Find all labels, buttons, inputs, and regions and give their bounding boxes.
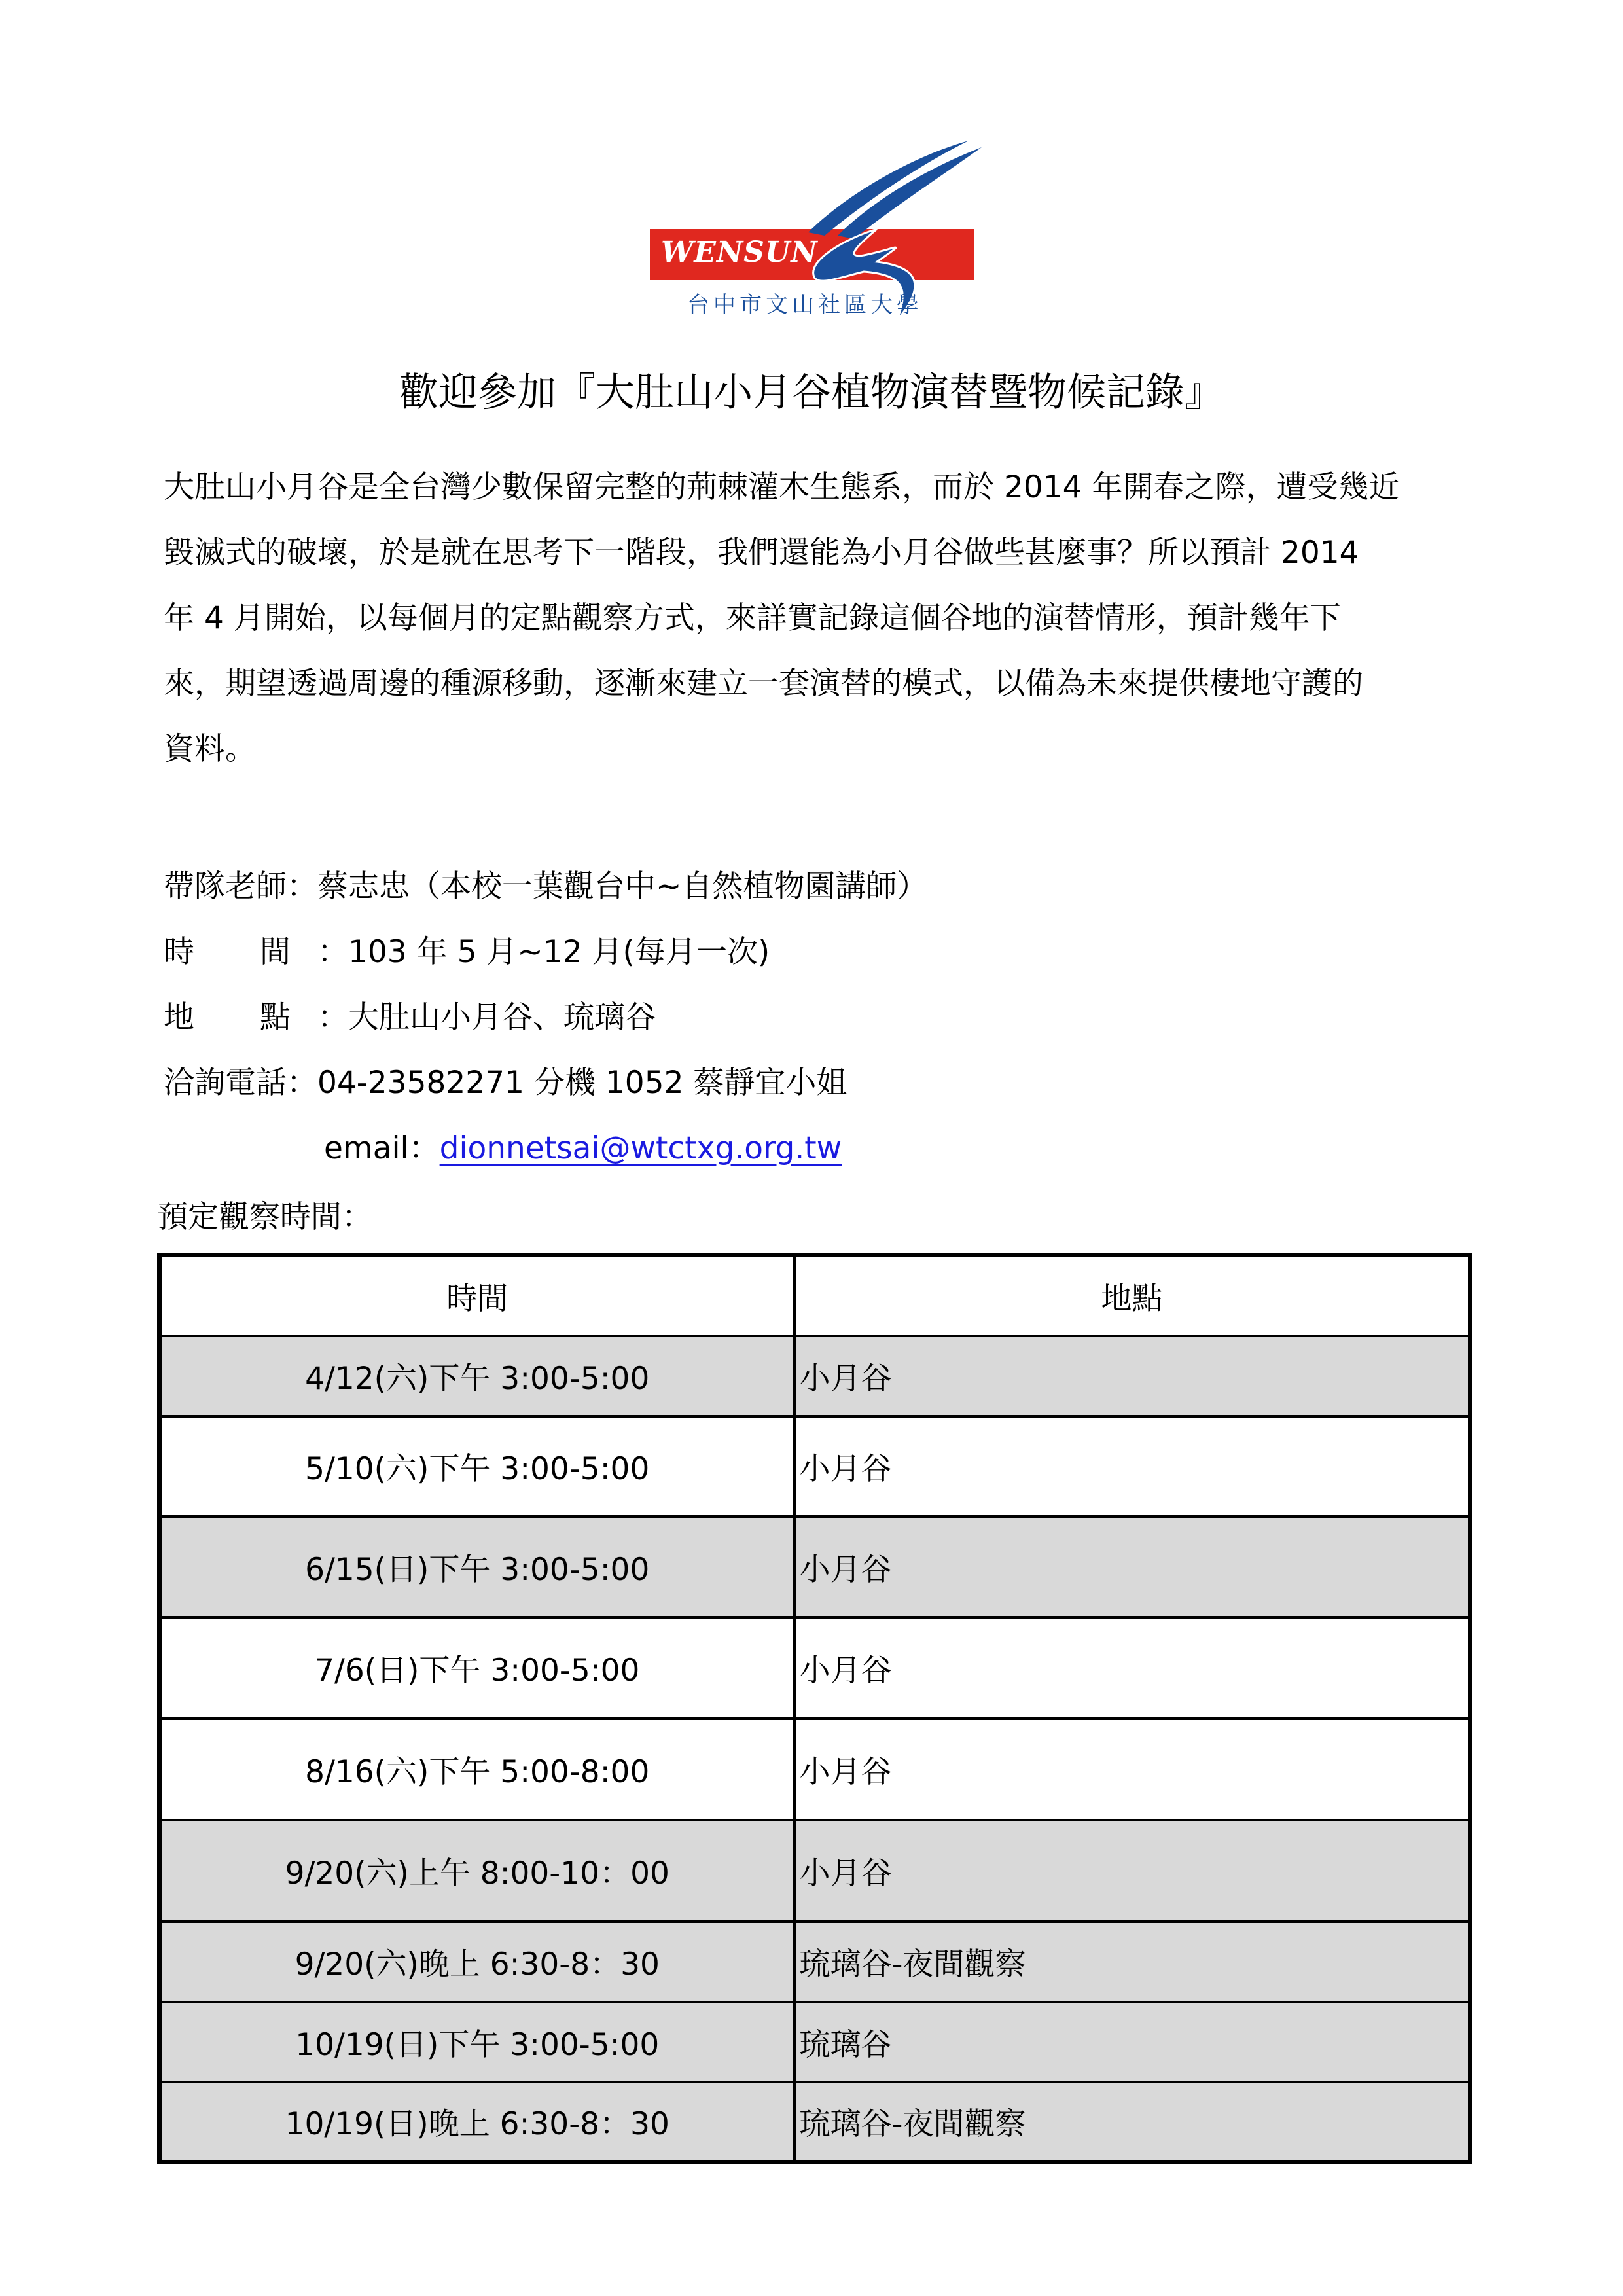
row-time: 6/15(日)下午 3:00-5:00 <box>160 1516 794 1617</box>
table-row: 10/19(日)下午 3:00-5:00 琉璃谷 <box>160 2002 1471 2082</box>
time-label: 時間 <box>164 933 317 972</box>
time-label-b: 間 <box>260 933 291 972</box>
table-row: 5/10(六)下午 3:00-5:00 小月谷 <box>160 1416 1471 1516</box>
table-row: 10/19(日)晚上 6:30-8：30 琉璃谷-夜間觀察 <box>160 2082 1471 2162</box>
schedule-caption: 預定觀察時間： <box>157 1198 372 1237</box>
logo-brand-text: WENSUN <box>661 236 818 269</box>
logo-subtitle: 台中市文山社區大學 <box>687 287 923 319</box>
leader-label: 帶隊老師： <box>164 869 317 905</box>
intro-line: 毀滅式的破壞，於是就在思考下一階段，我們還能為小月谷做些甚麼事？所以預計 201… <box>164 533 1359 573</box>
row-place: 小月谷 <box>794 1617 1471 1719</box>
row-place: 琉璃谷 <box>794 2002 1471 2082</box>
leader-row: 帶隊老師：蔡志忠（本校一葉觀台中~自然植物園講師） <box>164 867 927 906</box>
place-label-b: 點 <box>260 998 291 1037</box>
row-time: 10/19(日)下午 3:00-5:00 <box>160 2002 794 2082</box>
email-row: email：dionnetsai@wtctxg.org.tw <box>324 1129 842 1168</box>
schedule-table: 時間 地點 4/12(六)下午 3:00-5:00 小月谷 5/10(六)下午 … <box>157 1253 1472 2164</box>
row-place: 小月谷 <box>794 1820 1471 1922</box>
intro-line: 大肚山小月谷是全台灣少數保留完整的荊棘灌木生態系，而於 2014 年開春之際，遭… <box>164 468 1400 507</box>
time-colon: ： <box>317 934 348 970</box>
time-label-a: 時 <box>164 933 194 972</box>
row-time: 9/20(六)晚上 6:30-8：30 <box>160 1922 794 2002</box>
header-time: 時間 <box>160 1255 794 1336</box>
row-time: 10/19(日)晚上 6:30-8：30 <box>160 2082 794 2162</box>
table-row: 4/12(六)下午 3:00-5:00 小月谷 <box>160 1336 1471 1416</box>
row-time: 9/20(六)上午 8:00-10：00 <box>160 1820 794 1922</box>
intro-line: 年 4 月開始，以每個月的定點觀察方式，來詳實記錄這個谷地的演替情形，預計幾年下 <box>164 599 1341 638</box>
intro-line: 資料。 <box>164 730 256 769</box>
time-value: 103 年 5 月~12 月(每月一次) <box>348 934 770 970</box>
row-time: 5/10(六)下午 3:00-5:00 <box>160 1416 794 1516</box>
page-title: 歡迎參加『大肚山小月谷植物演替暨物候記錄』 <box>0 367 1623 419</box>
phone-label: 洽詢電話： <box>164 1065 317 1101</box>
table-header-row: 時間 地點 <box>160 1255 1471 1336</box>
row-time: 7/6(日)下午 3:00-5:00 <box>160 1617 794 1719</box>
row-place: 小月谷 <box>794 1336 1471 1416</box>
row-time: 4/12(六)下午 3:00-5:00 <box>160 1336 794 1416</box>
leader-value: 蔡志忠（本校一葉觀台中~自然植物園講師） <box>317 869 927 905</box>
table-row: 9/20(六)晚上 6:30-8：30 琉璃谷-夜間觀察 <box>160 1922 1471 2002</box>
place-colon: ： <box>317 999 348 1035</box>
row-time: 8/16(六)下午 5:00-8:00 <box>160 1719 794 1820</box>
row-place: 小月谷 <box>794 1416 1471 1516</box>
time-row: 時間：103 年 5 月~12 月(每月一次) <box>164 933 770 972</box>
table-row: 8/16(六)下午 5:00-8:00 小月谷 <box>160 1719 1471 1820</box>
header-place: 地點 <box>794 1255 1471 1336</box>
wensun-logo: WENSUN 台中市文山社區大學 <box>648 131 988 321</box>
place-label-a: 地 <box>164 998 194 1037</box>
email-label: email： <box>324 1130 440 1166</box>
place-row: 地點：大肚山小月谷、琉璃谷 <box>164 998 656 1037</box>
table-row: 7/6(日)下午 3:00-5:00 小月谷 <box>160 1617 1471 1719</box>
phone-row: 洽詢電話：04-23582271 分機 1052 蔡靜宜小姐 <box>164 1064 847 1103</box>
row-place: 小月谷 <box>794 1719 1471 1820</box>
phone-value: 04-23582271 分機 1052 蔡靜宜小姐 <box>317 1065 847 1101</box>
email-link[interactable]: dionnetsai@wtctxg.org.tw <box>440 1130 842 1166</box>
row-place: 小月谷 <box>794 1516 1471 1617</box>
table-row: 9/20(六)上午 8:00-10：00 小月谷 <box>160 1820 1471 1922</box>
place-label: 地點 <box>164 998 317 1037</box>
row-place: 琉璃谷-夜間觀察 <box>794 1922 1471 2002</box>
intro-line: 來，期望透過周邊的種源移動，逐漸來建立一套演替的模式，以備為未來提供棲地守護的 <box>164 664 1363 704</box>
row-place: 琉璃谷-夜間觀察 <box>794 2082 1471 2162</box>
place-value: 大肚山小月谷、琉璃谷 <box>348 999 656 1035</box>
table-row: 6/15(日)下午 3:00-5:00 小月谷 <box>160 1516 1471 1617</box>
